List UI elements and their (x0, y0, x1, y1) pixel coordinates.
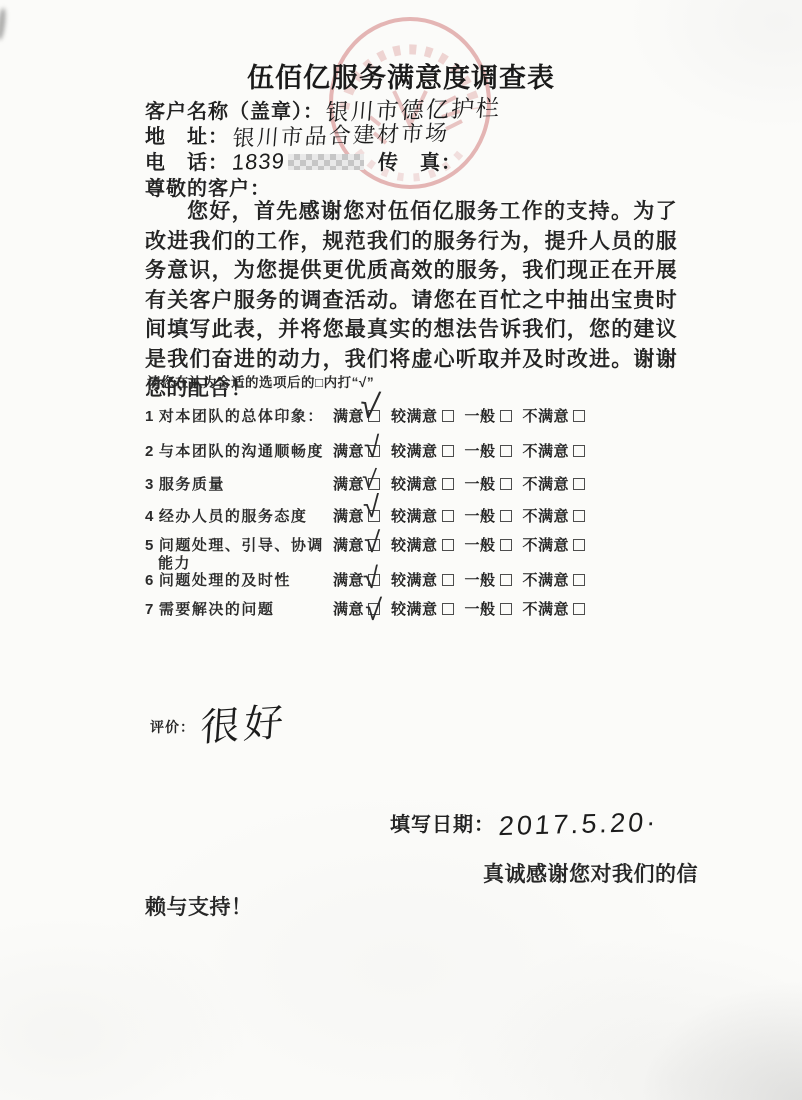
evaluation-label: 评价： (150, 719, 195, 735)
option-checkbox (442, 539, 454, 551)
option-label: 较满意 (391, 476, 438, 493)
option-label: 一般 (465, 476, 496, 493)
option-label: 不满意 (523, 508, 570, 525)
handwritten-checkmark: √ (363, 434, 381, 464)
phone-label: 电 话： (145, 152, 229, 174)
question-options: 满意√较满意一般不满意 (333, 537, 585, 555)
option-checkbox (573, 603, 585, 615)
question-text: 3服务质量 (145, 476, 340, 494)
survey-question-row: 2与本团队的沟通顺畅度 满意√较满意一般不满意 (145, 443, 685, 461)
question-number: 6 (145, 572, 155, 589)
option-label: 不满意 (523, 572, 570, 589)
fill-date-label: 填写日期： (390, 814, 495, 836)
option-checkbox (500, 539, 512, 551)
option-label: 满意 (333, 508, 364, 525)
option-checkbox: √ (368, 603, 380, 615)
option-checkbox (500, 410, 512, 422)
question-label: 问题处理的及时性 (159, 572, 291, 589)
question-text: 1对本团队的总体印象： (145, 408, 340, 426)
option-label: 满意 (333, 537, 364, 554)
option-label: 不满意 (523, 476, 570, 493)
option-label: 一般 (465, 537, 496, 554)
question-text: 2与本团队的沟通顺畅度 (145, 443, 340, 461)
survey-question-row: 4经办人员的服务态度 满意√较满意一般不满意 (145, 508, 685, 526)
option-checkbox (500, 574, 512, 586)
option-checkbox (500, 478, 512, 490)
scan-smudge (0, 8, 7, 41)
handwritten-checkmark: √ (358, 388, 382, 425)
survey-question-row: 1对本团队的总体印象： 满意√较满意一般不满意 (145, 408, 685, 426)
survey-question-row: 7需要解决的问题 满意√较满意一般不满意 (145, 601, 685, 619)
question-number: 2 (145, 443, 155, 460)
fill-instruction: 请您在认为合适的选项后的□内打“√” (147, 371, 374, 391)
option-checkbox (573, 539, 585, 551)
option-label: 不满意 (523, 537, 570, 554)
question-number: 7 (145, 601, 155, 618)
option-checkbox (573, 574, 585, 586)
fill-date-handwritten: 2017.5.20· (498, 807, 660, 842)
question-number: 1 (145, 408, 155, 425)
option-checkbox: √ (368, 478, 380, 490)
form-title: 伍佰亿服务满意度调查表 (0, 56, 802, 95)
survey-question-list: 1对本团队的总体印象： 满意√较满意一般不满意 2与本团队的沟通顺畅度 满意√较… (145, 405, 685, 635)
question-label: 经办人员的服务态度 (159, 508, 308, 525)
handwritten-checkmark: √ (364, 529, 381, 558)
option-label: 不满意 (523, 443, 570, 460)
question-label: 问题处理、引导、协调能力 (158, 537, 324, 572)
option-label: 较满意 (391, 601, 438, 618)
option-label: 满意 (333, 572, 364, 589)
phone-redaction-mosaic (288, 154, 364, 170)
survey-question-row: 3服务质量 满意√较满意一般不满意 (145, 476, 685, 494)
option-label: 满意 (333, 443, 364, 460)
option-checkbox (500, 445, 512, 457)
question-text: 5问题处理、引导、协调能力 (145, 537, 340, 573)
option-label: 较满意 (391, 443, 438, 460)
survey-question-row: 5问题处理、引导、协调能力 满意√较满意一般不满意 (145, 537, 685, 573)
closing-line-2: 赖与支持！ (145, 891, 253, 921)
option-label: 一般 (465, 601, 496, 618)
handwritten-checkmark: √ (362, 493, 380, 524)
fax-label: 传 真： (378, 152, 462, 174)
question-number: 3 (145, 476, 155, 493)
evaluation-line: 评价：很好 (150, 694, 287, 750)
option-checkbox: √ (368, 539, 380, 551)
address-label: 地 址： (145, 126, 229, 148)
option-checkbox (500, 603, 512, 615)
option-checkbox (573, 445, 585, 457)
option-label: 满意 (333, 601, 364, 618)
option-checkbox (442, 410, 454, 422)
option-label: 较满意 (391, 572, 438, 589)
option-checkbox (442, 603, 454, 615)
question-label: 对本团队的总体印象： (159, 408, 324, 425)
evaluation-handwritten: 很好 (199, 691, 290, 753)
question-options: 满意√较满意一般不满意 (333, 443, 585, 461)
option-label: 较满意 (391, 508, 438, 525)
scanned-survey-form: 伍佰亿服务满意度调查表 客户名称（盖章）：银川市德亿护栏 地 址：银川市品合建材… (0, 0, 802, 1100)
option-label: 不满意 (523, 601, 570, 618)
option-label: 一般 (465, 443, 496, 460)
survey-question-row: 6问题处理的及时性 满意√较满意一般不满意 (145, 572, 685, 590)
option-checkbox (442, 445, 454, 457)
option-label: 较满意 (391, 408, 438, 425)
option-label: 满意 (333, 476, 364, 493)
question-label: 需要解决的问题 (159, 601, 275, 618)
question-options: 满意√较满意一般不满意 (333, 601, 585, 619)
option-label: 一般 (465, 572, 496, 589)
handwritten-checkmark: √ (364, 596, 383, 627)
question-text: 7需要解决的问题 (145, 601, 340, 619)
option-checkbox (500, 510, 512, 522)
option-label: 较满意 (391, 537, 438, 554)
option-checkbox: √ (368, 445, 380, 457)
option-label: 不满意 (523, 408, 570, 425)
phone-fax-line: 电 话：1839传 真： (145, 146, 462, 175)
option-checkbox: √ (368, 510, 380, 522)
question-text: 4经办人员的服务态度 (145, 508, 340, 526)
question-label: 服务质量 (159, 476, 225, 493)
question-text: 6问题处理的及时性 (145, 572, 340, 590)
option-checkbox (573, 510, 585, 522)
question-number: 4 (145, 508, 155, 525)
question-options: 满意√较满意一般不满意 (333, 408, 585, 426)
handwritten-checkmark: √ (361, 466, 378, 493)
question-options: 满意√较满意一般不满意 (333, 508, 585, 526)
question-number: 5 (145, 537, 155, 554)
option-checkbox (442, 574, 454, 586)
handwritten-checkmark: √ (362, 564, 380, 594)
option-label: 一般 (465, 508, 496, 525)
option-checkbox (573, 410, 585, 422)
option-checkbox (442, 478, 454, 490)
question-options: 满意√较满意一般不满意 (333, 572, 585, 590)
question-label: 与本团队的沟通顺畅度 (159, 443, 324, 460)
fill-date-line: 填写日期：2017.5.20· (390, 808, 658, 840)
option-checkbox: √ (368, 410, 380, 422)
closing-line-1: 真诚感谢您对我们的信 (483, 858, 698, 888)
option-checkbox (573, 478, 585, 490)
option-label: 一般 (465, 408, 496, 425)
option-checkbox: √ (368, 574, 380, 586)
option-checkbox (442, 510, 454, 522)
